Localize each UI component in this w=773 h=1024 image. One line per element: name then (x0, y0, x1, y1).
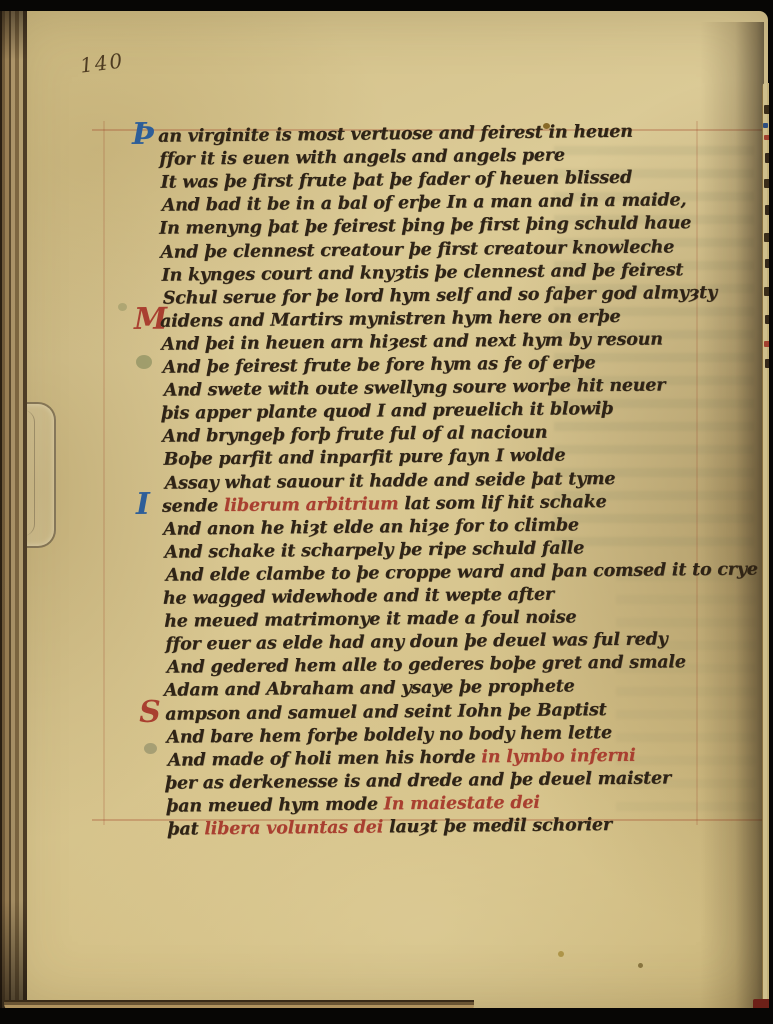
ink-text: Adam and Abraham and ysaye þe prophete (164, 677, 575, 701)
text-line: And elde clambe to þe croppe ward and þa… (140, 559, 758, 585)
photo-border-bottom (0, 1008, 773, 1024)
ink-text: Schul serue for þe lord hym self and so … (163, 283, 717, 309)
text-line: Adam and Abraham and ysaye þe prophete (138, 677, 575, 702)
text-line: Sampson and samuel and seint Iohn þe Bap… (139, 700, 607, 725)
ink-text: he wagged widewhode and it wepte after (163, 585, 554, 609)
rubric-text: In maiestate dei (384, 793, 540, 815)
text-line: And schake it scharpely þe ripe schuld f… (138, 538, 584, 563)
ink-text: Boþe parfit and inparfit pure fayn I wol… (163, 446, 565, 470)
text-line: ffor it is euen with angels and angels p… (133, 146, 565, 171)
ruling-line-left (103, 121, 105, 825)
rubric-text: libera voluntas dei (204, 817, 383, 839)
ink-text: Assay what sauour it hadde and seide þat… (165, 468, 616, 493)
ink-text: ffor it is euen with angels and angels p… (159, 146, 565, 170)
ink-text: And þe feirest frute be fore hym as fe o… (162, 353, 595, 378)
text-line: And anon he hiȝt elde an hiȝe for to cli… (137, 515, 579, 540)
drop-initial-red: S (139, 705, 165, 719)
drop-initial-red: M (134, 313, 160, 327)
drop-initial-blue: I (136, 497, 162, 511)
photo-background: 140 Þan virginite is most vertuose and f… (0, 0, 773, 1024)
ink-text: And þe clennest creatour þe first creato… (160, 237, 674, 262)
text-line: Þan virginite is most vertuose and feire… (132, 122, 633, 147)
ink-text: lauȝt þe medil schorier (383, 815, 612, 837)
ink-text: And gedered hem alle to gederes boþe gre… (167, 653, 686, 678)
stain-speck-small (638, 963, 643, 968)
text-line: Isende liberum arbitrium lat som lif hit… (136, 492, 607, 517)
folio-number: 140 (79, 48, 126, 77)
text-line: In kynges court and knyȝtis þe clennest … (135, 260, 683, 286)
stain-green-small (118, 303, 127, 311)
ink-text: ffor euer as elde had any doun þe deuel … (165, 630, 667, 655)
ink-text: sende (162, 496, 224, 517)
text-line: And bryngeþ forþ frute ful of al nacioun (136, 423, 547, 447)
text-line: And swete with oute swellyng soure worþe… (138, 376, 666, 402)
text-block: Þan virginite is most vertuose and feire… (132, 121, 740, 847)
text-line: he wagged widewhode and it wepte after (137, 585, 554, 609)
text-line: And þe clennest creatour þe first creato… (134, 237, 674, 263)
text-line: Boþe parfit and inparfit pure fayn I wol… (137, 446, 565, 470)
ink-text: þan meued hym mode (166, 794, 384, 816)
ink-text: And anon he hiȝt elde an hiȝe for to cli… (163, 515, 579, 539)
text-line: In menyng þat þe feirest þing þe first þ… (133, 214, 691, 240)
text-line: Assay what sauour it hadde and seide þat… (139, 468, 616, 493)
ink-text: In menyng þat þe feirest þing þe first þ… (159, 214, 691, 240)
text-line: It was þe first frute þat þe fader of he… (134, 168, 632, 193)
left-page-edges (0, 0, 27, 1013)
text-line: And þe feirest frute be fore hym as fe o… (136, 353, 595, 378)
ink-text: And þei in heuen arn hiȝest and next hym… (161, 329, 663, 354)
ink-text: ampson and samuel and seint Iohn þe Bapt… (165, 700, 607, 725)
ink-text: he meued matrimonye it made a foul noise (164, 607, 576, 631)
ink-text: And swete with oute swellyng soure worþe… (164, 376, 666, 401)
text-line: And made of holi men his horde in lymbo … (142, 745, 636, 770)
text-line: And bare hem forþe boldely no body hem l… (140, 723, 612, 748)
stain-speck-yellow (558, 951, 564, 957)
manuscript-page: 140 Þan virginite is most vertuose and f… (6, 11, 768, 1008)
ink-text: And elde clambe to þe croppe ward and þa… (166, 559, 758, 585)
ink-text: And bare hem forþe boldely no body hem l… (166, 723, 612, 748)
ink-text: aidens and Martirs mynistren hym here on… (160, 307, 621, 332)
rubric-text: in lymbo inferni (481, 745, 635, 767)
text-line: Maidens and Martirs mynistren hym here o… (134, 307, 621, 332)
drop-initial-blue: Þ (132, 128, 158, 142)
ink-text: And bryngeþ forþ frute ful of al nacioun (162, 423, 547, 447)
gutter-shadow (700, 22, 764, 1019)
ink-text: And schake it scharpely þe ripe schuld f… (164, 538, 584, 562)
text-line: ffor euer as elde had any doun þe deuel … (139, 630, 667, 656)
text-line: he meued matrimonye it made a foul noise (138, 607, 576, 632)
ink-text: an virginite is most vertuose and feires… (158, 122, 633, 147)
ink-text: lat som lif hit schake (398, 492, 606, 514)
text-line: And bad it be in a bal of erþe In a man … (136, 190, 687, 216)
text-line: And þei in heuen arn hiȝest and next hym… (135, 329, 663, 355)
photo-border-right (769, 0, 773, 1024)
rubric-text: liberum arbitrium (224, 494, 399, 516)
ink-text: It was þe first frute þat þe fader of he… (160, 168, 632, 193)
ink-text: þis apper plante quod I and preuelich it… (161, 399, 613, 424)
ink-text: And bad it be in a bal of erþe In a man … (162, 190, 687, 215)
text-line: þan meued hym mode In maiestate dei (140, 793, 540, 817)
ink-text: And made of holi men his horde (168, 747, 482, 770)
ink-text: þat (167, 819, 204, 839)
text-line: And gedered hem alle to gederes boþe gre… (141, 653, 686, 679)
ink-text: þer as derkenesse is and drede and þe de… (165, 768, 671, 793)
photo-border-top (0, 0, 773, 11)
text-line: þis apper plante quod I and preuelich it… (135, 399, 613, 424)
text-line: þer as derkenesse is and drede and þe de… (139, 768, 671, 794)
text-line: þat libera voluntas dei lauȝt þe medil s… (141, 815, 612, 840)
text-line: Schul serue for þe lord hym self and so … (137, 283, 717, 309)
ink-text: In kynges court and knyȝtis þe clennest … (161, 260, 683, 285)
